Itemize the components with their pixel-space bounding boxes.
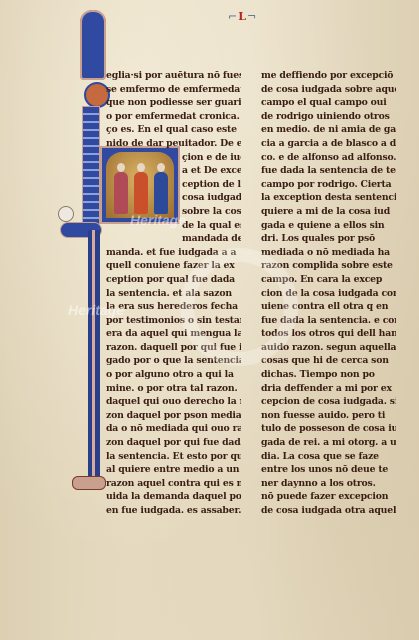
text-line: cosa iudgada <box>106 191 241 205</box>
text-line: co. e de alfonso ad alfonso. <box>261 151 396 165</box>
text-line: mandada de <box>106 232 241 246</box>
text-line: tulo de posseson de cosa iud <box>261 422 396 436</box>
text-line: mediada o nō mediada ha <box>261 246 396 260</box>
text-line: o por emfermedat cronica. <box>106 110 241 124</box>
text-line: se emfermo de emfermedat <box>106 83 241 97</box>
text-line: nido de dar peuitador. De excep <box>106 137 241 151</box>
text-line: de cosa iudgada sobre aquel <box>261 83 396 97</box>
folio-mark: ⌐L¬ <box>228 10 257 23</box>
text-line: quiere a mi de la cosa iud <box>261 205 396 219</box>
text-line: dichas. Tiempo non po <box>261 368 396 382</box>
text-line: entre los unos nō deue te <box>261 463 396 477</box>
watermark-text: Heritage <box>130 212 186 228</box>
text-line: ner daynno a los otros. <box>261 477 396 491</box>
text-line: en medio. de ni amia de gar <box>261 123 396 137</box>
initial-foot-ornament <box>72 476 106 490</box>
text-line: daquel qui ouo derecho la ra <box>106 395 241 409</box>
text-line: campo el qual campo oui <box>261 96 396 110</box>
text-line: razon aquel contra qui es mo <box>106 477 241 491</box>
text-line: la exception desta sentencia <box>261 191 396 205</box>
text-line: que non podiesse ser guarida <box>106 96 241 110</box>
text-line: ço es. En el qual caso este <box>106 123 241 137</box>
watermark-text: Heritage <box>68 302 124 318</box>
text-line: me deffiendo por excepciō <box>261 69 396 83</box>
text-line: gada de rei. a mi otorg. a un <box>261 436 396 450</box>
initial-stem <box>88 230 100 482</box>
watermark-logo-icon <box>180 248 298 366</box>
initial-dragon-head-ornament <box>80 10 106 80</box>
hare-marginal-icon <box>58 206 74 222</box>
text-line: dia. La cosa que se faze <box>261 450 396 464</box>
text-line: ception de la <box>106 178 241 192</box>
text-line: mine. o por otra tal razon. et <box>106 382 241 396</box>
text-line: a et De exception <box>106 164 241 178</box>
text-line: campo por rodrigo. Cierta <box>261 178 396 192</box>
text-line: zon daquel por pson media <box>106 409 241 423</box>
text-line: la sentencia. Et esto por quo <box>106 450 241 464</box>
text-line: nō puede fazer excepcion <box>261 490 396 504</box>
text-line: fue dada la sentencia de te <box>261 164 396 178</box>
text-line: gada e quiene a ellos sin <box>261 219 396 233</box>
text-line: de rodrigo uiniendo otros <box>261 110 396 124</box>
decorated-initial-letter <box>66 10 110 490</box>
text-line: non fuesse auido. pero ti <box>261 409 396 423</box>
text-line: cia a garcia a de blasco a dias <box>261 137 396 151</box>
text-line: çion e de iudicio <box>106 151 241 165</box>
text-line: uida la demanda daquel por q <box>106 490 241 504</box>
text-line: al quiere entre medio a un <box>106 463 241 477</box>
text-line: o por alguno otro a qui la <box>106 368 241 382</box>
text-line: de cosa iudgada otra aquel <box>261 504 396 518</box>
initial-patterned-bar <box>82 106 100 228</box>
text-line: en fue iudgada. es assaber. Et <box>106 504 241 518</box>
text-line: eglia·si por auētura nō fues <box>106 69 241 83</box>
text-line: cepcion de cosa iudgada. si <box>261 395 396 409</box>
text-line: dria deffender a mi por ex <box>261 382 396 396</box>
text-line: dri. Los quales por psō <box>261 232 396 246</box>
text-line: zon daquel por qui fue dada <box>106 436 241 450</box>
text-line: da o nō mediada qui ouo ra <box>106 422 241 436</box>
manuscript-page: ⌐L¬ eglia·si por auētura nō fuesse emfer… <box>0 0 419 640</box>
text-line: cosas que hi de cerca son <box>261 354 396 368</box>
